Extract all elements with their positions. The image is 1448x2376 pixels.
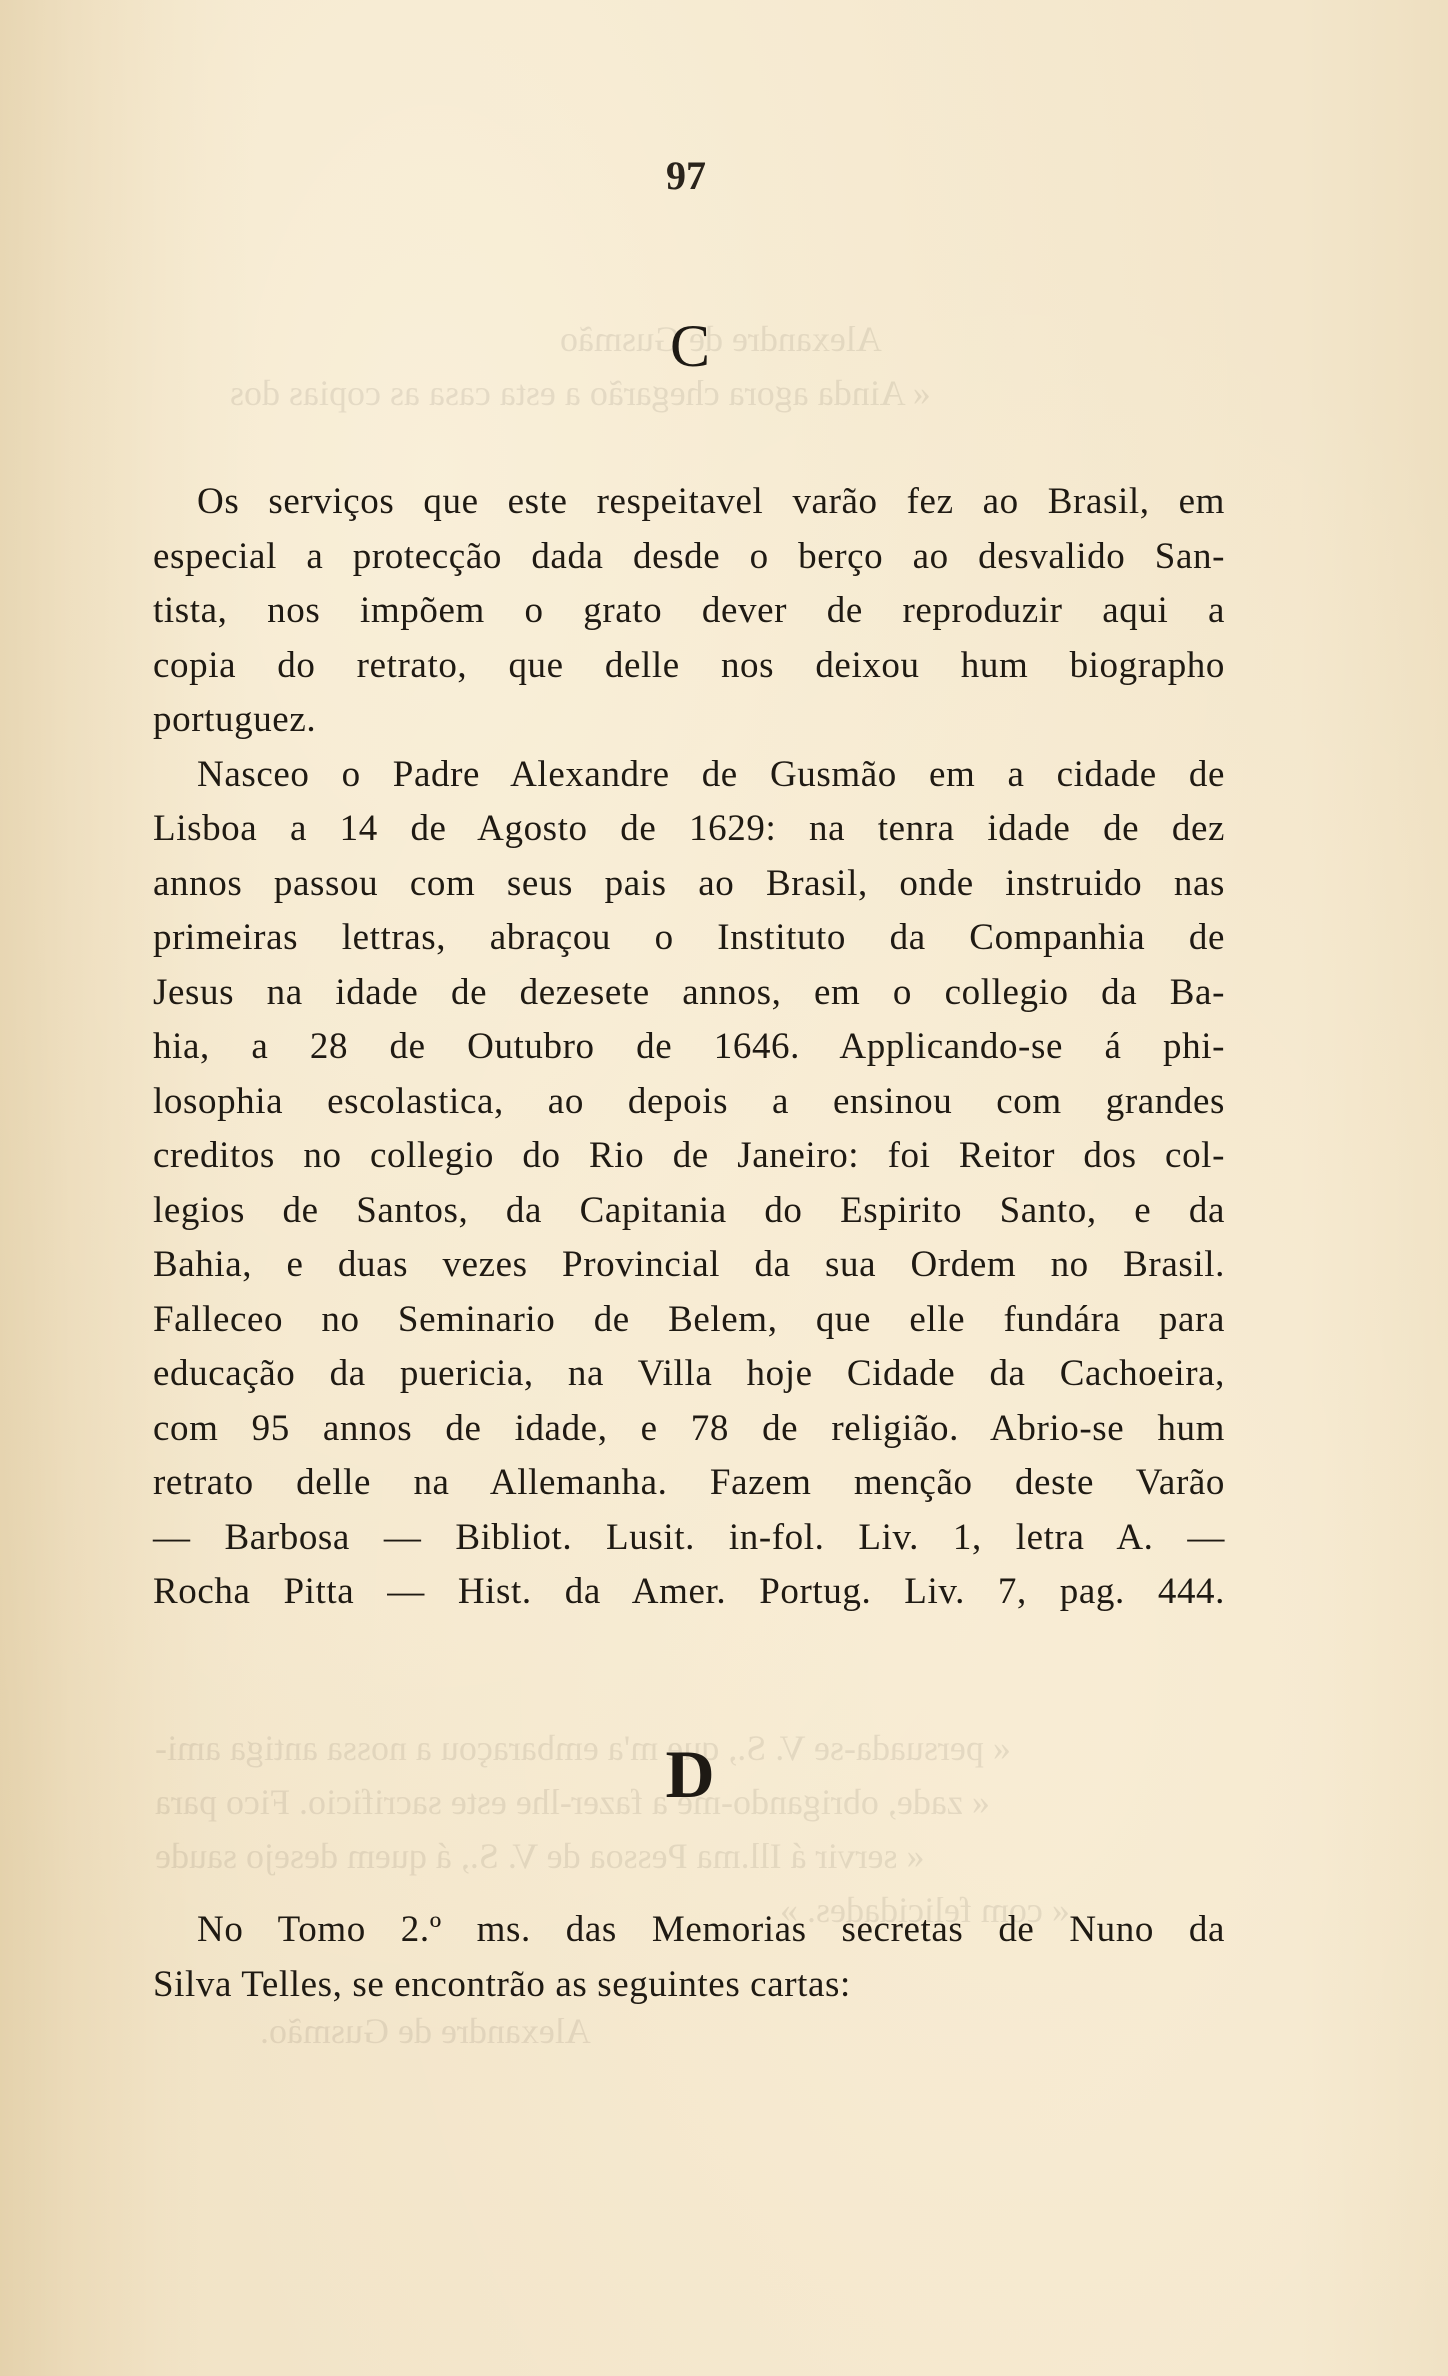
text-line: Nasceo o Padre Alexandre de Gusmão em a … — [153, 748, 1225, 803]
text-line: primeiras lettras, abraçou o Instituto d… — [153, 911, 1225, 966]
show-through-text: Alexandre de Gusmão. — [260, 2010, 591, 2052]
text-line: retrato delle na Allemanha. Fazem menção… — [153, 1456, 1225, 1511]
text-line: Lisboa a 14 de Agosto de 1629: na tenra … — [153, 802, 1225, 857]
text-line: Silva Telles, se encontrão as seguintes … — [153, 1958, 1225, 2013]
text-line: Rocha Pitta — Hist. da Amer. Portug. Liv… — [153, 1565, 1225, 1620]
text-line: copia do retrato, que delle nos deixou h… — [153, 639, 1225, 694]
text-line: creditos no collegio do Rio de Janeiro: … — [153, 1129, 1225, 1184]
text-line: Os serviços que este respeitavel varão f… — [153, 475, 1225, 530]
text-line: annos passou com seus pais ao Brasil, on… — [153, 857, 1225, 912]
text-line: com 95 annos de idade, e 78 de religião.… — [153, 1402, 1225, 1457]
page-number: 97 — [0, 152, 1372, 199]
text-line: tista, nos impõem o grato dever de repro… — [153, 584, 1225, 639]
text-line: Falleceo no Seminario de Belem, que elle… — [153, 1293, 1225, 1348]
text-line: hia, a 28 de Outubro de 1646. Applicando… — [153, 1020, 1225, 1075]
text-line: legios de Santos, da Capitania do Espiri… — [153, 1184, 1225, 1239]
text-line: especial a protecção dada desde o berço … — [153, 530, 1225, 585]
text-line: portuguez. — [153, 693, 1225, 748]
text-line: Bahia, e duas vezes Provincial da sua Or… — [153, 1238, 1225, 1293]
section-heading-c: C — [0, 312, 1380, 381]
text-line: losophia escolastica, ao depois a ensino… — [153, 1075, 1225, 1130]
section-d-body: No Tomo 2.º ms. das Memorias secretas de… — [153, 1903, 1225, 2012]
text-line: — Barbosa — Bibliot. Lusit. in-fol. Liv.… — [153, 1511, 1225, 1566]
section-c-body: Os serviços que este respeitavel varão f… — [153, 475, 1225, 1620]
text-line: Jesus na idade de dezesete annos, em o c… — [153, 966, 1225, 1021]
text-line: educação da puericia, na Villa hoje Cida… — [153, 1347, 1225, 1402]
text-line: No Tomo 2.º ms. das Memorias secretas de… — [153, 1903, 1225, 1958]
section-heading-d: D — [0, 1735, 1380, 1814]
show-through-text: « servir á Ill.ma Pessoa de V. S., á que… — [155, 1835, 925, 1877]
